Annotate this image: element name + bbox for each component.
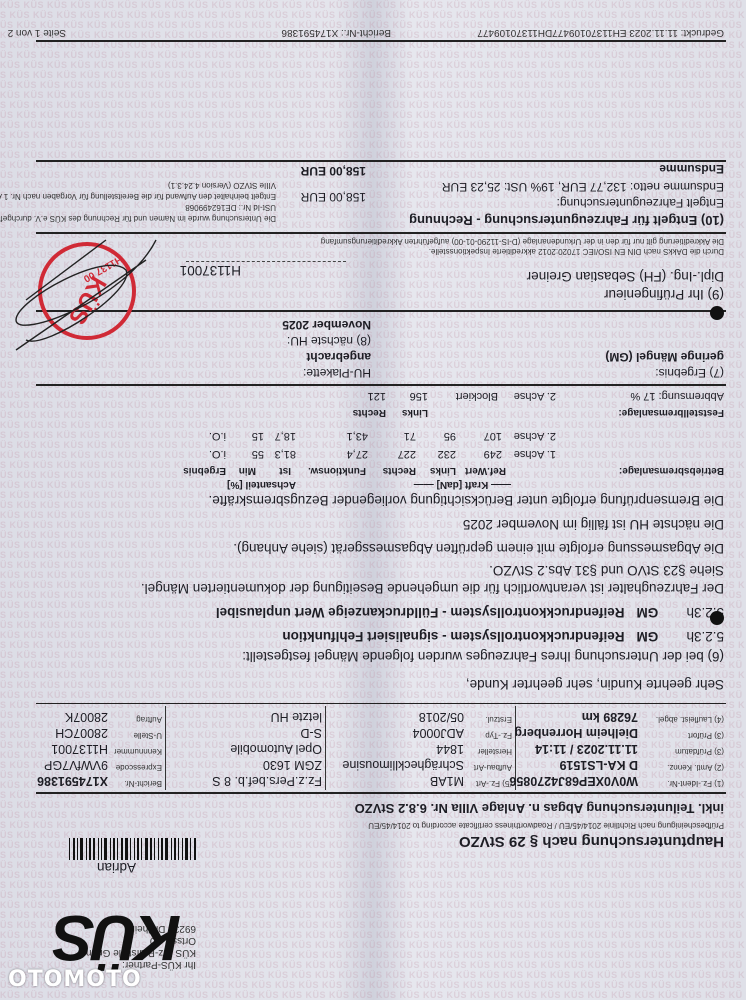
invoice-total-label: Endsumme [659,162,724,176]
otomoto-watermark: OTOMOTO [8,967,142,992]
engineer-id: H1137001 [180,263,241,278]
brake-value: 43,1 [347,430,368,442]
parking-header-right: Rechts [353,407,386,418]
exhaust-note: Die Abgasmessung erfolgte mit einem gepr… [233,541,724,556]
signature [6,230,166,360]
printed-info: Gedruckt: 11.11.2023 EH11370109477DH1137… [477,27,724,38]
vehicle-field-value: Opel Automobile [230,742,322,756]
defect-class: GM [628,629,658,644]
vehicle-field-value: 11.11.2023 / 11:14 [535,742,638,756]
brake-value: 81,3 [275,448,296,460]
vehicle-field-value: 1844 [436,742,464,756]
vehicle-field-label: Aufbau-Art [474,763,512,772]
vehicle-field-value: M1AB [430,774,464,788]
invoice-total-value: 158,00 EUR [301,164,366,178]
brake-column-header: Links [430,465,456,476]
inspection-report-page: Ihr KÜS-Partner: KÜS Kfz-Prüfstelle Grei… [0,0,746,1000]
vehicle-field-label: (5) Fz.-Art [476,779,512,788]
next-hu-note: Die nächste HU ist fällig im November 20… [463,517,724,532]
greeting: Sehr geehrte Kundin, sehr geehrter Kunde… [466,677,724,692]
brake-value: 107 [484,430,502,442]
vehicle-field-label: U-Stelle [134,731,162,740]
parking-axle: 2. Achse [514,390,556,402]
brake-column-header: Rechts [383,465,416,476]
brake-value: 71 [404,430,416,442]
report-incl: inkl. Teiluntersuchung Abgas n. Anlage V… [355,801,724,816]
page-number: Seite 1 von 2 [8,27,66,38]
next-hu-value: November 2025 [282,318,371,332]
vehicle-field-label: Kennnummer [114,747,162,756]
service-brake-label: Betriebsbremsanlage: [619,465,724,476]
defect-class: GM [628,605,658,620]
brake-note: Die Bremsenprüfung erfolgte unter Berück… [208,493,724,508]
brake-column-header: Min [239,465,256,476]
punch-hole [710,611,724,625]
brake-column-header: Ref.Wert [465,465,506,476]
parking-brake-label: Feststellbremsanlage: [618,407,724,418]
brake-column-header: Funktionsw. [308,465,366,476]
report-title: Hauptuntersuchung nach § 29 StVZO [459,833,724,850]
brake-value: 27,4 [347,448,368,460]
vehicle-field-value: 9VWfV7GP [44,758,108,772]
vehicle-field-value: 05/2018 [419,710,464,724]
vehicle-field-value: S-D [300,726,322,740]
owner-responsibility: Der Fahrzeughalter ist verantwortlich fü… [141,581,724,596]
brake-value: i.O. [209,448,226,460]
brake-column-header: Ist [279,465,291,476]
signature-line [186,261,346,262]
defect-code: 5.2.3h [662,629,724,644]
accreditation-line2: Die Akkreditierung gilt nur für den in d… [321,237,724,246]
invoice-item-value: 158,00 EUR [301,190,366,204]
vehicle-field-label: (3) Prüfdatum [675,747,724,756]
invoice-note: USt-Id Nr.: DE162499068 [0,202,276,213]
vehicle-field-label: (2) Amtl. Kennz. [667,763,724,772]
force-label: —— Kraft [daN] —— [414,479,511,490]
defects-intro: (6) bei der Untersuchung Ihres Fahrzeuge… [242,649,724,664]
result-label: (7) Ergebnis: [655,366,724,380]
divider [36,792,726,794]
vehicle-field-value: Dielheim Horrenberg [514,726,638,740]
divider [36,41,726,43]
vehicle-field-value: 28007K [65,710,108,724]
parking-left: 156 [410,390,428,402]
vehicle-field-label: (4) Laufleist. abgel. [656,715,724,724]
vehicle-field-value: ADJ0004 [413,726,464,740]
vehicle-field-value: Schrägheckllimousine [342,758,464,772]
vehicle-table: (1) Fz.-Ident-Nr.W0V0XEP68J4270856(5) Fz… [36,706,726,790]
punch-hole [710,306,724,320]
invoice-notes: Die Untersuchung wurde im Namen und für … [0,180,276,224]
axle-share-label: Achsanteil [%] [227,479,296,490]
plakette-label: HU-Plakette: [303,366,371,380]
vehicle-field-label: Bericht-Nr. [124,779,162,788]
vehicle-field-value: D KA-LS1519 [560,758,639,772]
vehicle-field-value: ZGM 1630 [263,758,322,772]
brake-column-header: Ergebnis [183,465,226,476]
defect-text: Reifendruckkontrollsystem - Fülldruckanz… [216,605,625,620]
defect-item: 5.2.3h GM Reifendruckkontrollsystem - si… [282,629,724,644]
accreditation-line1: Durch die DAkkS nach DIN EN ISO/IEC 1702… [429,247,724,256]
brake-value: 232 [438,448,456,460]
defect-text: Reifendruckkontrollsystem - signalisiert… [282,629,624,644]
next-hu-label: (8) nächste HU: [287,334,371,348]
barcode [68,838,196,860]
parking-right: 121 [368,390,386,402]
brake-value: i.O. [209,430,226,442]
plakette-value: angebracht [306,350,371,364]
invoice-item-label: Entgelt Fahrzeuguntersuchung: [557,196,724,210]
invoice-note: Entgelt beinhaltet den Aufwand für die B… [0,191,276,202]
vehicle-field-value: W0V0XEP68J4270856 [509,774,638,788]
vehicle-field-label: Hersteller [478,747,512,756]
divider [36,384,726,386]
divider [36,161,726,163]
vehicle-field-value: 28007CH [55,726,108,740]
legal-reference: Siehe §23 StVO und §31 Abs.2 StVZO. [489,563,724,578]
vehicle-field-label: Erstzul. [485,715,512,724]
vehicle-field-label: Expresscode [116,763,162,772]
deceleration: Abbremsung: 17 % [630,390,724,402]
vehicle-field-value: X174591386 [37,774,108,788]
brake-value: 18,7 [275,430,296,442]
invoice-note: VIIIe StVZO (Version 4.24.3.1) [0,180,276,191]
report-number: Bericht-Nr.: X174591386 [281,27,391,38]
defect-item: 5.2.3h GM Reifendruckkontrollsystem - Fü… [216,605,724,620]
divider [36,233,726,235]
result-value: geringe Mängel (GM) [605,350,724,364]
parking-header-left: Links [402,407,428,418]
brake-value: 249 [484,448,502,460]
brake-axle: 1. Achse [514,448,556,460]
vehicle-field-label: (1) Fz.-Ident-Nr. [668,779,724,788]
vehicle-field-value: H1137001 [51,742,108,756]
brake-value: 55 [252,448,264,460]
kus-logo: KÜS [55,901,181,975]
vehicle-field-value: 76289 km [582,710,638,724]
vehicle-field-label: (3) Prüfort [688,731,724,740]
invoice-netto: Endsumme netto: 132,77 EUR, 19% USt: 25,… [442,180,724,194]
brake-axle: 2. Achse [514,430,556,442]
vehicle-field-value: letzte HU [271,710,322,724]
engineer-name: Dipl.-Ing. (FH) Sebastian Greiner [527,269,724,284]
invoice-title: (10) Entgelt für Fahrzeuguntersuchung - … [409,213,724,228]
engineer-label: (9) Ihr Prüfingenieur [604,287,724,302]
brake-value: 227 [398,448,416,460]
invoice-note: Die Untersuchung wurde im Namen und für … [0,213,276,224]
brake-value: 95 [444,430,456,442]
vehicle-field-label: Auftrag [136,715,162,724]
vehicle-field-label: Fz.-Typ [485,731,512,740]
brake-value: 15 [252,430,264,442]
report-subtitle: Prüfbescheinigung nach Richtlinie 2014/4… [368,821,724,830]
divider [36,703,726,704]
parking-status: Blockiert [456,390,498,402]
vehicle-field-value: Fz.z.Pers.bef.b. 8 S [212,774,322,788]
recipient-name: Adrian [97,860,136,875]
